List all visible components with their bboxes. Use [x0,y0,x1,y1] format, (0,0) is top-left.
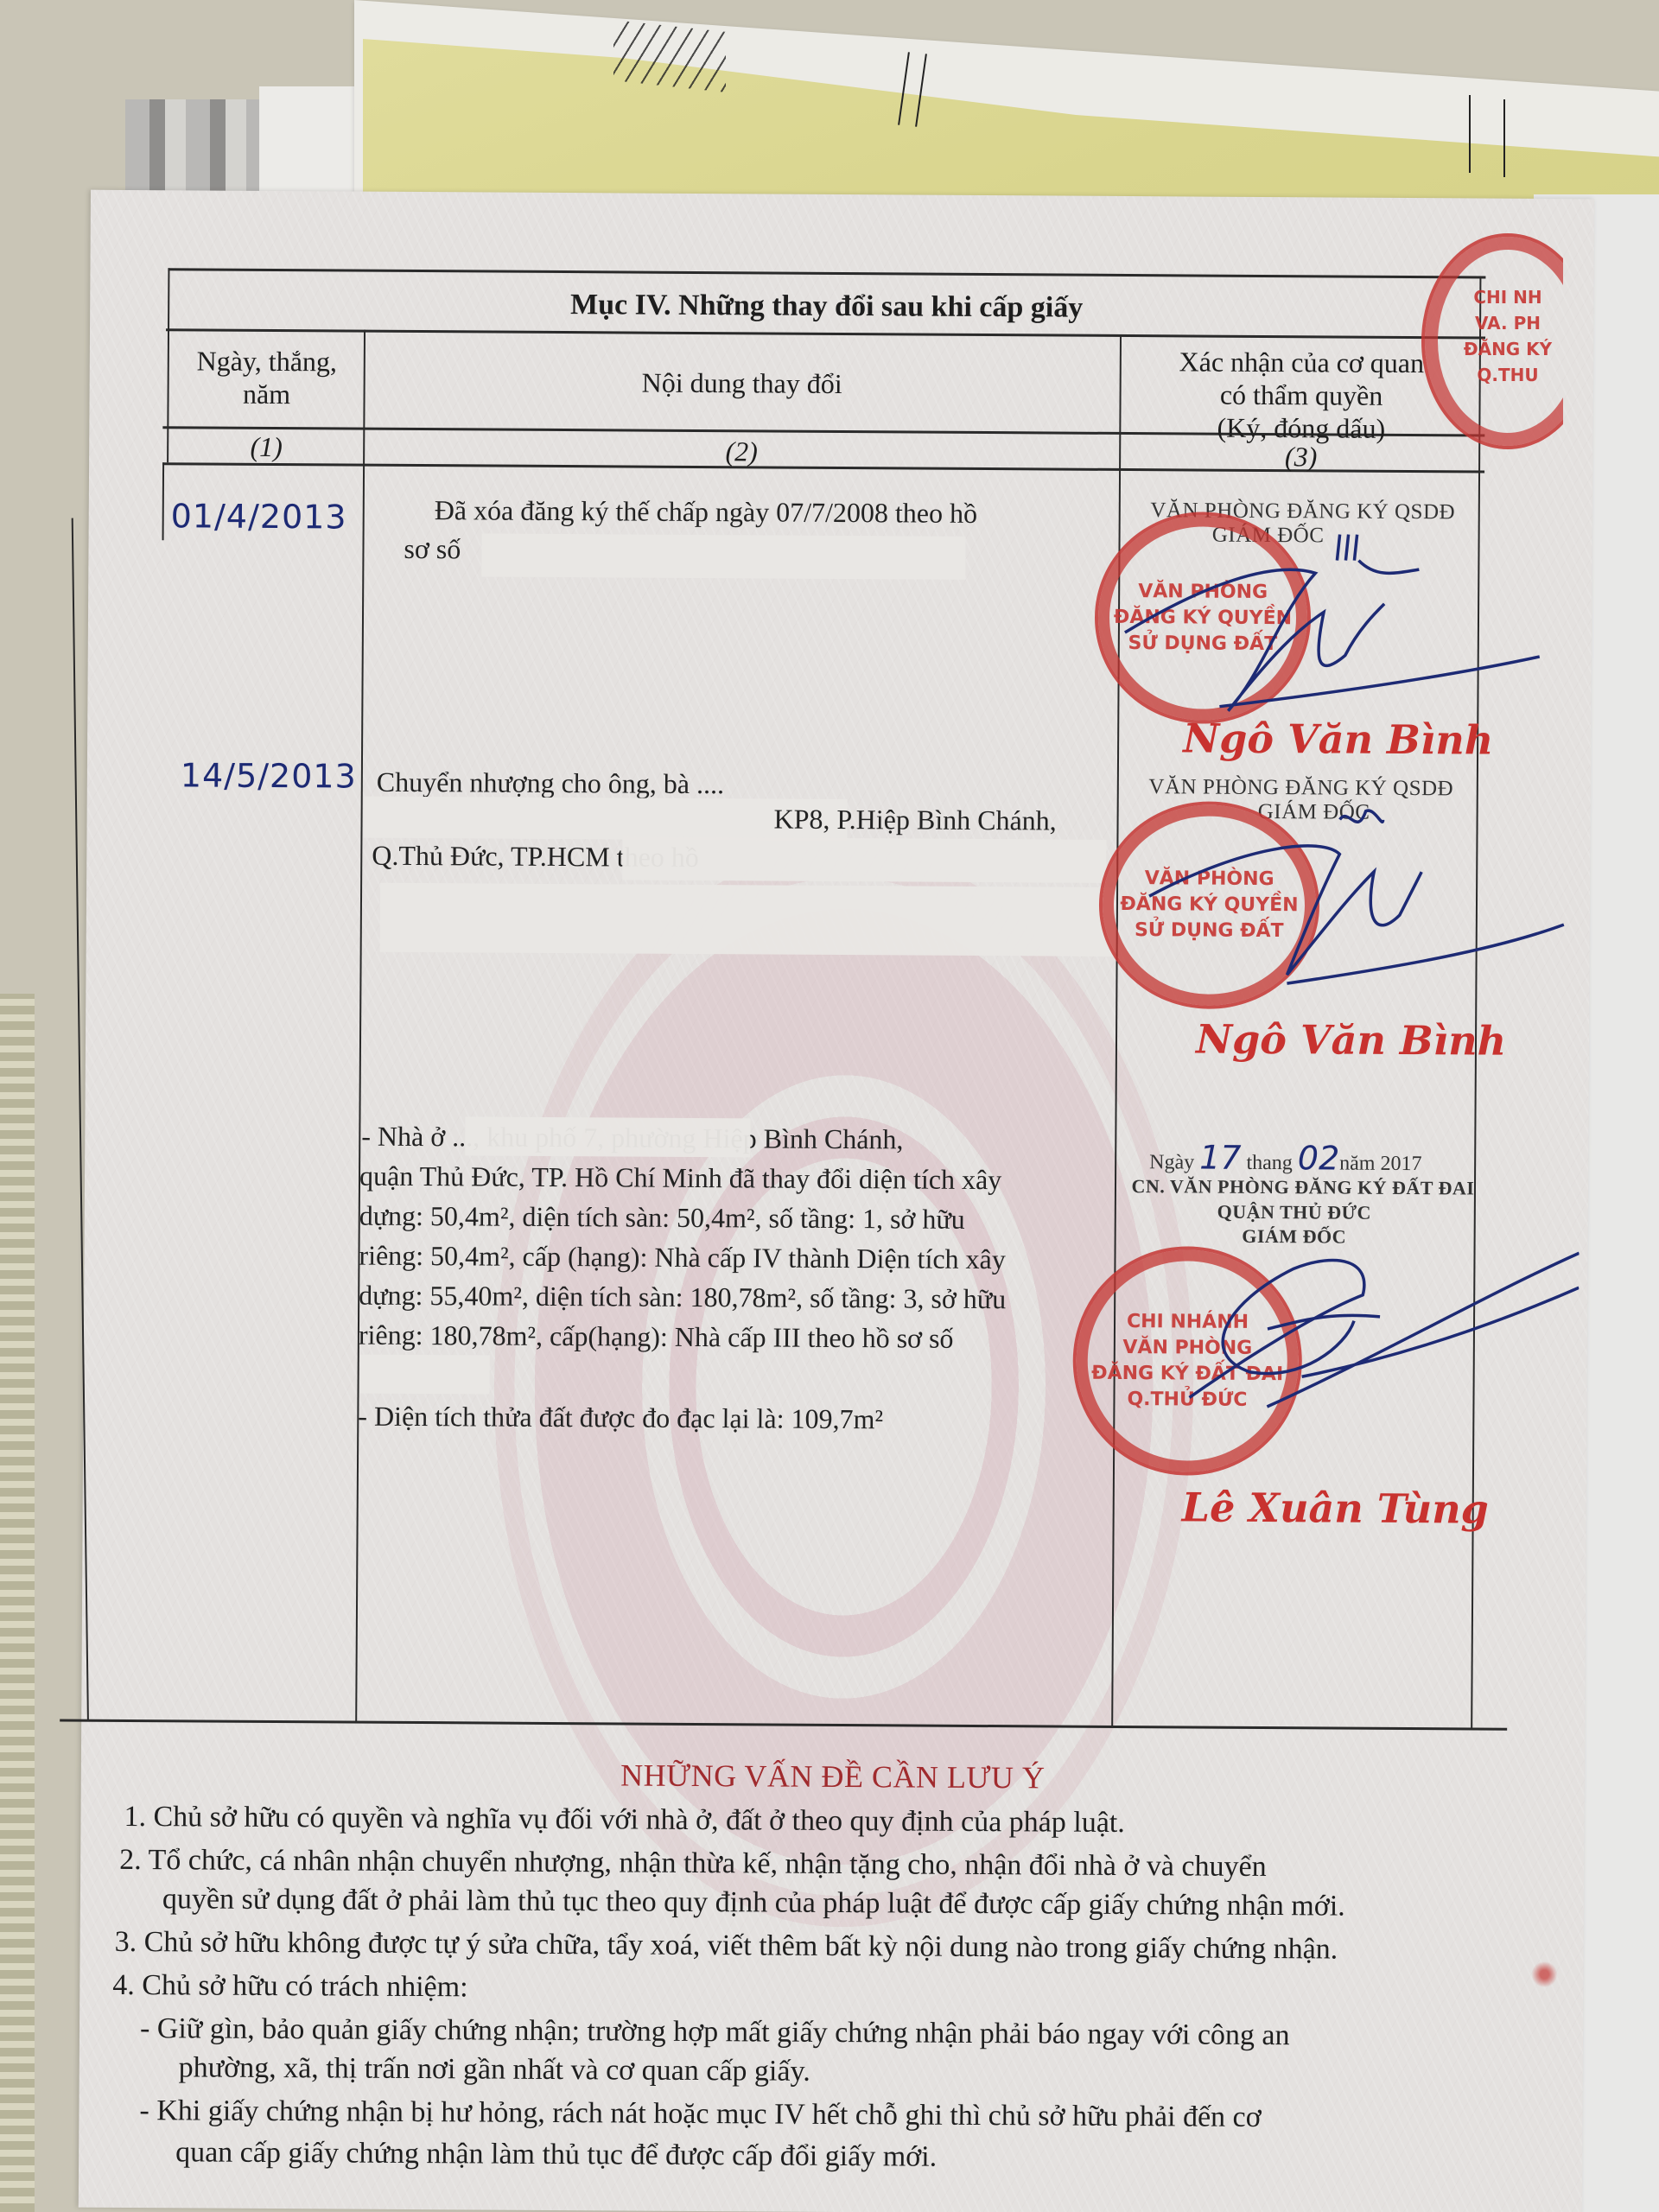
row3-office-title: GIÁM ĐỐC [1165,1224,1424,1249]
row1-content-line1: Đã xóa đăng ký thế chấp ngày 07/7/2008 t… [435,490,978,533]
row2-official-stamp: VĂN PHÒNG ĐĂNG KÝ QUYỀN SỬ DỤNG ĐẤT [1098,801,1319,1010]
redaction [360,1355,490,1395]
row3-content-line6: riêng: 180,78m², cấp(hạng): Nhà cấp III … [359,1315,954,1358]
ink-smudge [1531,1957,1557,1992]
note-4a-line2: phường, xã, thị trấn nơi gần nhất và cơ … [179,2048,810,2091]
redaction [465,1116,750,1157]
note-3: 3. Chủ sở hữu không được tự ý sửa chữa, … [114,1923,1338,1970]
row1-date: 01/4/2013 [171,497,347,536]
note-2-line2: quyền sử dụng đất ở phải làm thủ tục the… [162,1879,1345,1926]
table-border-left [72,518,89,1721]
row1-signer-name: Ngô Văn Bình [1183,715,1493,763]
column-header-content: Nội dung thay đổi [366,365,1118,402]
column-header-date: Ngày, thắng, năm [171,344,361,410]
row3-content-line4: riêng: 50,4m², cấp (hạng): Nhà cấp IV th… [359,1236,1006,1280]
note-1: 1. Chủ sở hữu có quyền và nghĩa vụ đối v… [124,1797,1125,1843]
note-4: 4. Chủ sở hữu có trách nhiệm: [112,1966,468,2008]
plaid-cloth [125,99,264,194]
row2-content-line2: KP8, P.Hiệp Bình Chánh, [773,799,1056,841]
certificate-page: Mục IV. Những thay đổi sau khi cấp giấy … [79,190,1594,2212]
row3-date-line: Ngày 17 thang 02năm 2017 [1149,1138,1422,1178]
table-border-bottom [60,1719,1507,1730]
column-number-2: (2) [365,434,1117,470]
table-border-left [162,462,165,540]
notes-title: NHỮNG VẤN ĐỀ CẦN LƯU Ý [81,1754,1585,1800]
hatched-box [613,20,726,92]
row2-office-name: VĂN PHÒNG ĐĂNG KÝ QSDĐ [1124,775,1478,802]
row3-official-stamp: CHI NHÁNH VĂN PHÒNG ĐĂNG KÝ ĐẤT ĐAI Q.TH… [1072,1246,1303,1477]
row3-signer-name: Lê Xuân Tùng [1182,1484,1489,1532]
row3-content-line8: - Diện tích thửa đất được đo đạc lại là:… [358,1396,883,1440]
column-divider-2 [1111,334,1122,1727]
row2-date: 14/5/2013 [181,756,357,795]
redaction [481,533,965,579]
row3-content-line5: dựng: 55,40m², diện tích sàn: 180,78m², … [359,1275,1006,1319]
column-number-3: (3) [1122,440,1480,474]
row1-official-stamp: VĂN PHÒNG ĐĂNG KÝ QUYỀN SỬ DỤNG ĐẤT [1094,512,1311,725]
ruled-line [1469,95,1471,173]
note-4b-line2: quan cấp giấy chứng nhận làm thủ tục để … [175,2133,937,2177]
note-4b-line1: - Khi giấy chứng nhận bị hư hỏng, rách n… [139,2091,1262,2138]
row3-office-name: CN. VĂN PHÒNG ĐĂNG KÝ ĐẤT ĐAI [1100,1175,1506,1200]
row3-office-district: QUẬN THỦ ĐỨC [1165,1200,1424,1224]
column-divider-1 [355,330,365,1723]
row3-content-line3: dựng: 50,4m², diện tích sàn: 50,4m², số … [359,1196,965,1239]
left-edge-cloth [0,994,35,2212]
background-paper-left [259,86,363,199]
ruled-line [1503,99,1505,177]
redaction [380,883,1115,957]
row2-signer-name: Ngô Văn Bình [1196,1016,1506,1065]
section-title: Mục IV. Những thay đổi sau khi cấp giấy [168,272,1485,340]
column-number-1: (1) [171,430,361,463]
redaction [622,836,1106,882]
row1-content-line2: sơ số [404,529,461,569]
row3-content-line2: quận Thủ Đức, TP. Hồ Chí Minh đã thay đổ… [359,1156,1001,1200]
